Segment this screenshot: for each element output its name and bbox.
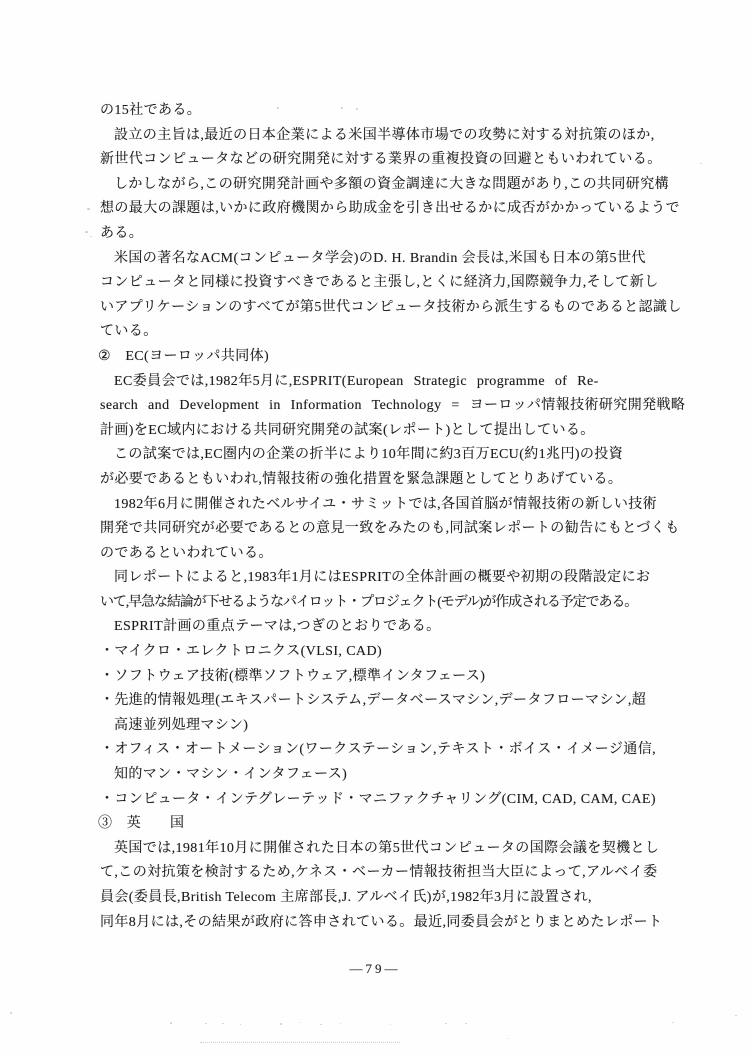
scan-speckle xyxy=(340,1023,341,1024)
bullet-line: ・マイクロ・エレクトロニクス(VLSI, CAD) xyxy=(100,640,662,665)
text-line: が必要であるともいわれ,情報技術の強化措置を緊急課題としてとりあげている。 xyxy=(100,468,662,493)
bullet-continuation-line: 知的マン・マシン・インタフェース) xyxy=(100,763,662,788)
text-line: ESPRIT計画の重点テーマは,つぎのとおりである。 xyxy=(100,615,662,640)
text-line: の15社である。 xyxy=(100,99,662,124)
text-line: 想の最大の課題は,いかに政府機関から助成金を引き出せるかに成否がかかっているよう… xyxy=(100,197,662,222)
text-line: いアプリケーションのすべてが第5世代コンピュータ技術から派生するものであると認識… xyxy=(100,296,662,321)
text-line: 1982年6月に開催されたベルサイユ・サミットでは,各国首脳が情報技術の新しい技… xyxy=(100,493,662,518)
scan-speckle xyxy=(508,1038,509,1039)
scan-speckle xyxy=(90,236,92,237)
page-number: —79— xyxy=(0,961,750,977)
scan-speckle xyxy=(735,1015,737,1016)
bullet-continuation-line: 高速並列処理マシン) xyxy=(100,714,662,739)
scan-speckle xyxy=(320,1024,322,1025)
scanned-document-page: の15社である。 設立の主旨は,最近の日本企業による米国半導体市場での攻勢に対す… xyxy=(0,0,750,1054)
scan-speckle xyxy=(700,163,702,164)
text-line: ある。 xyxy=(100,222,662,247)
text-line: ている。 xyxy=(100,320,662,345)
scan-speckle xyxy=(85,231,88,233)
text-line: しかしながら,この研究開発計画や多額の資金調達に大きな問題があり,この共同研究構 xyxy=(100,173,662,198)
scan-speckle xyxy=(341,107,343,109)
scan-speckle xyxy=(356,108,358,110)
scan-speckle xyxy=(10,1012,12,1014)
text-line: 英国では,1981年10月に開催された日本の第5世代コンピュータの国際会議を契機… xyxy=(100,837,662,862)
text-line: この試案では,EC圏内の企業の折半により10年間に約3百万ECU(約1兆円)の投… xyxy=(100,443,662,468)
scan-speckle xyxy=(465,1023,467,1024)
text-line: 新世代コンピュータなどの研究開発に対する業界の重複投資の回避ともいわれている。 xyxy=(100,148,662,173)
scan-speckle xyxy=(222,1023,224,1024)
text-line: いて,早急な結論が下せるようなパイロット・プロジェクト(モデル)が作成される予定… xyxy=(100,591,662,616)
text-line: 開発で共同研究が必要であるとの意見一致をみたのも,同試案レポートの勧告にもとづく… xyxy=(100,517,662,542)
text-line: 設立の主旨は,最近の日本企業による米国半導体市場での攻勢に対する対抗策のほか, xyxy=(100,124,662,149)
text-line: のであるといわれている。 xyxy=(100,542,662,567)
bullet-line: ・コンピュータ・インテグレーテッド・マニファクチャリング(CIM, CAD, C… xyxy=(100,788,662,813)
scan-speckle xyxy=(672,1022,674,1023)
bullet-line: ・オフィス・オートメーション(ワークステーション,テキスト・ボイス・イメージ通信… xyxy=(100,738,662,763)
section-heading-ec: ② EC(ヨーロッパ共同体) xyxy=(98,345,662,370)
text-line: EC委員会では,1982年5月に,ESPRIT(European Strateg… xyxy=(100,370,662,395)
text-line: て,この対抗策を検討するため,ケネス・ベーカー情報技術担当大臣によって,アルベイ… xyxy=(100,861,662,886)
scan-speckle xyxy=(445,1023,447,1024)
text-line: 員会(委員長,British Telecom 主席部長,J. アルベイ氏)が,1… xyxy=(100,886,662,911)
document-body: の15社である。 設立の主旨は,最近の日本企業による米国半導体市場での攻勢に対す… xyxy=(100,99,662,935)
scan-speckle xyxy=(277,107,279,109)
bullet-line: ・ソフトウェア技術(標準ソフトウェア,標準インタフェース) xyxy=(100,665,662,690)
scan-speckle xyxy=(240,1024,241,1025)
text-line: search and Development in Information Te… xyxy=(100,394,662,419)
scan-speckle xyxy=(390,1024,391,1025)
scan-speckle xyxy=(280,1023,282,1025)
bullet-line: ・先進的情報処理(エキスパートシステム,データベースマシン,データフローマシン,… xyxy=(100,689,662,714)
scan-speckle xyxy=(300,1022,301,1023)
text-line: 同年8月には,その結果が政府に答申されている。最近,同委員会がとりまとめたレポー… xyxy=(100,911,662,936)
text-line: コンピュータと同様に投資すべきであると主張し,とくに経済力,国際競争力,そして新… xyxy=(100,271,662,296)
scan-speckle xyxy=(87,208,90,210)
scan-artifact-line xyxy=(200,1042,400,1043)
text-line: 同レポートによると,1983年1月にはESPRITの全体計画の概要や初期の段階設… xyxy=(100,566,662,591)
text-line: 計画)をEC域内における共同研究開発の試案(レポート)として提出している。 xyxy=(100,419,662,444)
scan-speckle xyxy=(170,1022,172,1024)
scan-speckle xyxy=(205,1023,207,1024)
text-line: 米国の著名なACM(コンピュータ学会)のD. H. Brandin 会長は,米国… xyxy=(100,247,662,272)
section-heading-uk: ③ 英 国 xyxy=(98,812,662,837)
